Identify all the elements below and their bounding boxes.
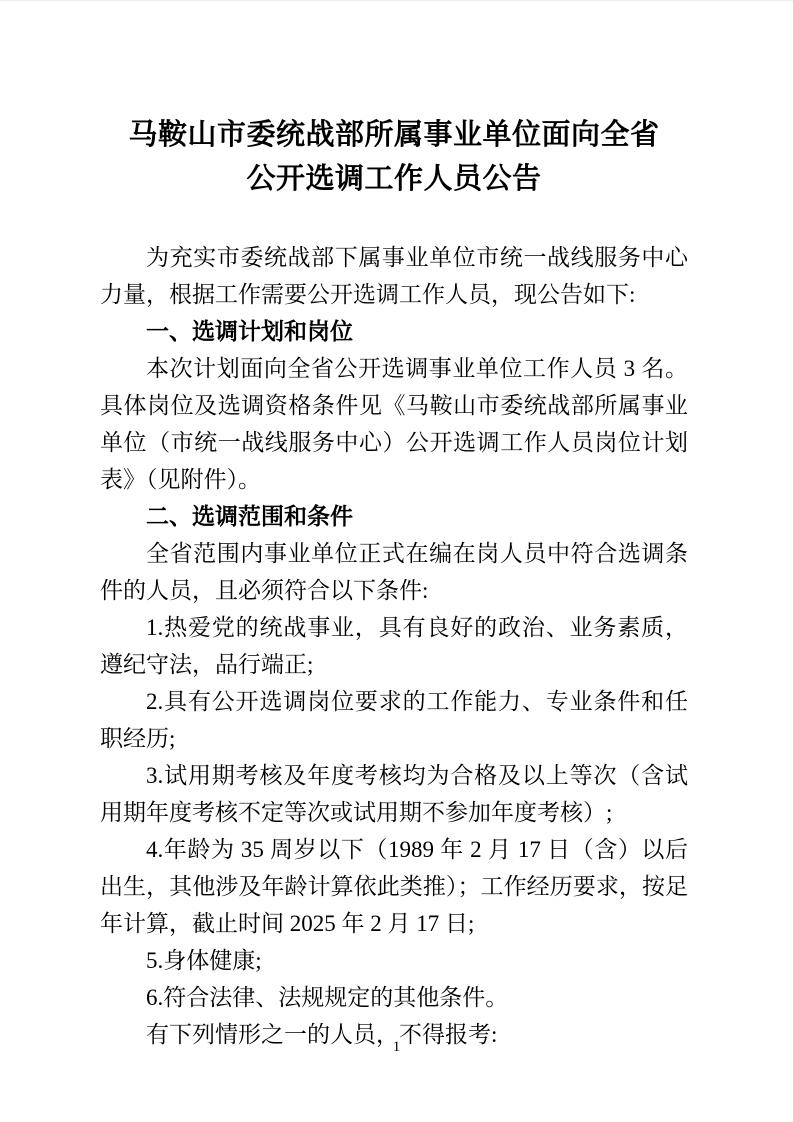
paragraph-scope: 全省范围内事业单位正式在编在岗人员中符合选调条件的人员，且必须符合以下条件: xyxy=(100,535,688,609)
condition-item-2: 2.具有公开选调岗位要求的工作能力、专业条件和任职经历; xyxy=(100,683,688,757)
condition-item-6: 6.符合法律、法规规定的其他条件。 xyxy=(100,979,688,1016)
section-heading-2: 二、选调范围和条件 xyxy=(100,498,688,535)
condition-item-1: 1.热爱党的统战事业，具有良好的政治、业务素质，遵纪守法，品行端正; xyxy=(100,609,688,683)
document-page: 马鞍山市委统战部所属事业单位面向全省 公开选调工作人员公告 为充实市委统战部下属… xyxy=(0,0,793,1122)
document-content: 马鞍山市委统战部所属事业单位面向全省 公开选调工作人员公告 为充实市委统战部下属… xyxy=(0,1,793,1053)
paragraph-plan: 本次计划面向全省公开选调事业单位工作人员 3 名。具体岗位及选调资格条件见《马鞍… xyxy=(100,350,688,498)
condition-item-4: 4.年龄为 35 周岁以下（1989 年 2 月 17 日（含）以后出生，其他涉… xyxy=(100,831,688,942)
section-heading-1: 一、选调计划和岗位 xyxy=(100,313,688,350)
paragraph-intro: 为充实市委统战部下属事业单位市统一战线服务中心力量，根据工作需要公开选调工作人员… xyxy=(100,239,688,313)
condition-item-3: 3.试用期考核及年度考核均为合格及以上等次（含试用期年度考核不定等次或试用期不参… xyxy=(100,757,688,831)
page-number: 1 xyxy=(0,1037,793,1057)
document-title-line-1: 马鞍山市委统战部所属事业单位面向全省 xyxy=(100,113,688,157)
document-title-line-2: 公开选调工作人员公告 xyxy=(100,157,688,201)
document-title: 马鞍山市委统战部所属事业单位面向全省 公开选调工作人员公告 xyxy=(100,113,688,201)
condition-item-5: 5.身体健康; xyxy=(100,942,688,979)
